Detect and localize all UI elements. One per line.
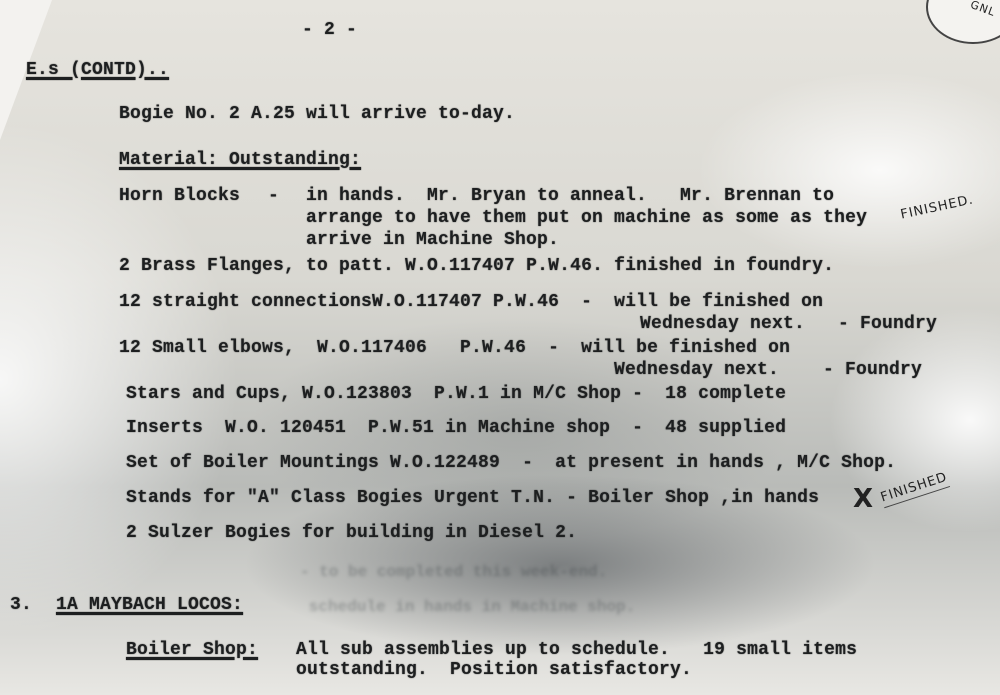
boiler-shop-line-1: All sub assemblies up to schedule. 19 sm… xyxy=(296,640,857,660)
handwritten-x-mark: X xyxy=(853,484,874,514)
section-3-number: 3. xyxy=(10,595,32,615)
section-3-title: 1A MAYBACH LOCOS: xyxy=(56,595,243,615)
bleed-through-text: schedule in hands in Machine shop. xyxy=(280,598,635,616)
item-boiler-mountings: Set of Boiler Mountings W.O.122489 - at … xyxy=(126,453,896,473)
item-straight-connections: 12 straight connectionsW.O.117407 P.W.46… xyxy=(119,292,823,312)
item-label-horn-blocks: Horn Blocks xyxy=(119,186,240,206)
horn-blocks-line-1: in hands. Mr. Bryan to anneal. Mr. Brenn… xyxy=(306,186,834,206)
item-straight-connections-cont: Wednesday next. - Foundry xyxy=(640,314,937,334)
item-brass-flanges: 2 Brass Flanges, to patt. W.O.117407 P.W… xyxy=(119,256,834,276)
handwritten-finished-1: FINISHED. xyxy=(899,192,975,222)
item-small-elbows: 12 Small elbows, W.O.117406 P.W.46 - wil… xyxy=(119,338,790,358)
horn-blocks-line-2: arrange to have them put on machine as s… xyxy=(306,208,867,228)
item-inserts: Inserts W.O. 120451 P.W.51 in Machine sh… xyxy=(126,418,786,438)
item-stars-and-cups: Stars and Cups, W.O.123803 P.W.1 in M/C … xyxy=(126,384,786,404)
bleed-through-text: - to be completed this week-end. xyxy=(300,563,607,581)
boiler-shop-line-2: outstanding. Position satisfactory. xyxy=(296,660,692,680)
document-page: GNL - 2 - E.s (CONTD).. Bogie No. 2 A.25… xyxy=(0,0,1000,695)
item-dash: - xyxy=(268,186,279,206)
intro-line: Bogie No. 2 A.25 will arrive to-day. xyxy=(119,104,515,124)
material-heading: Material: Outstanding: xyxy=(119,150,361,170)
item-sulzer-bogies: 2 Sulzer Bogies for building in Diesel 2… xyxy=(126,523,577,543)
item-small-elbows-cont: Wednesday next. - Foundry xyxy=(614,360,922,380)
boiler-shop-label: Boiler Shop: xyxy=(126,640,258,660)
item-stands-class-a-bogies: Stands for "A" Class Bogies Urgent T.N. … xyxy=(126,488,819,508)
horn-blocks-line-3: arrive in Machine Shop. xyxy=(306,230,559,250)
page-number: - 2 - xyxy=(302,20,357,40)
handwritten-finished-2: FINISHED xyxy=(879,470,950,508)
section-continued-heading: E.s (CONTD).. xyxy=(26,60,169,80)
